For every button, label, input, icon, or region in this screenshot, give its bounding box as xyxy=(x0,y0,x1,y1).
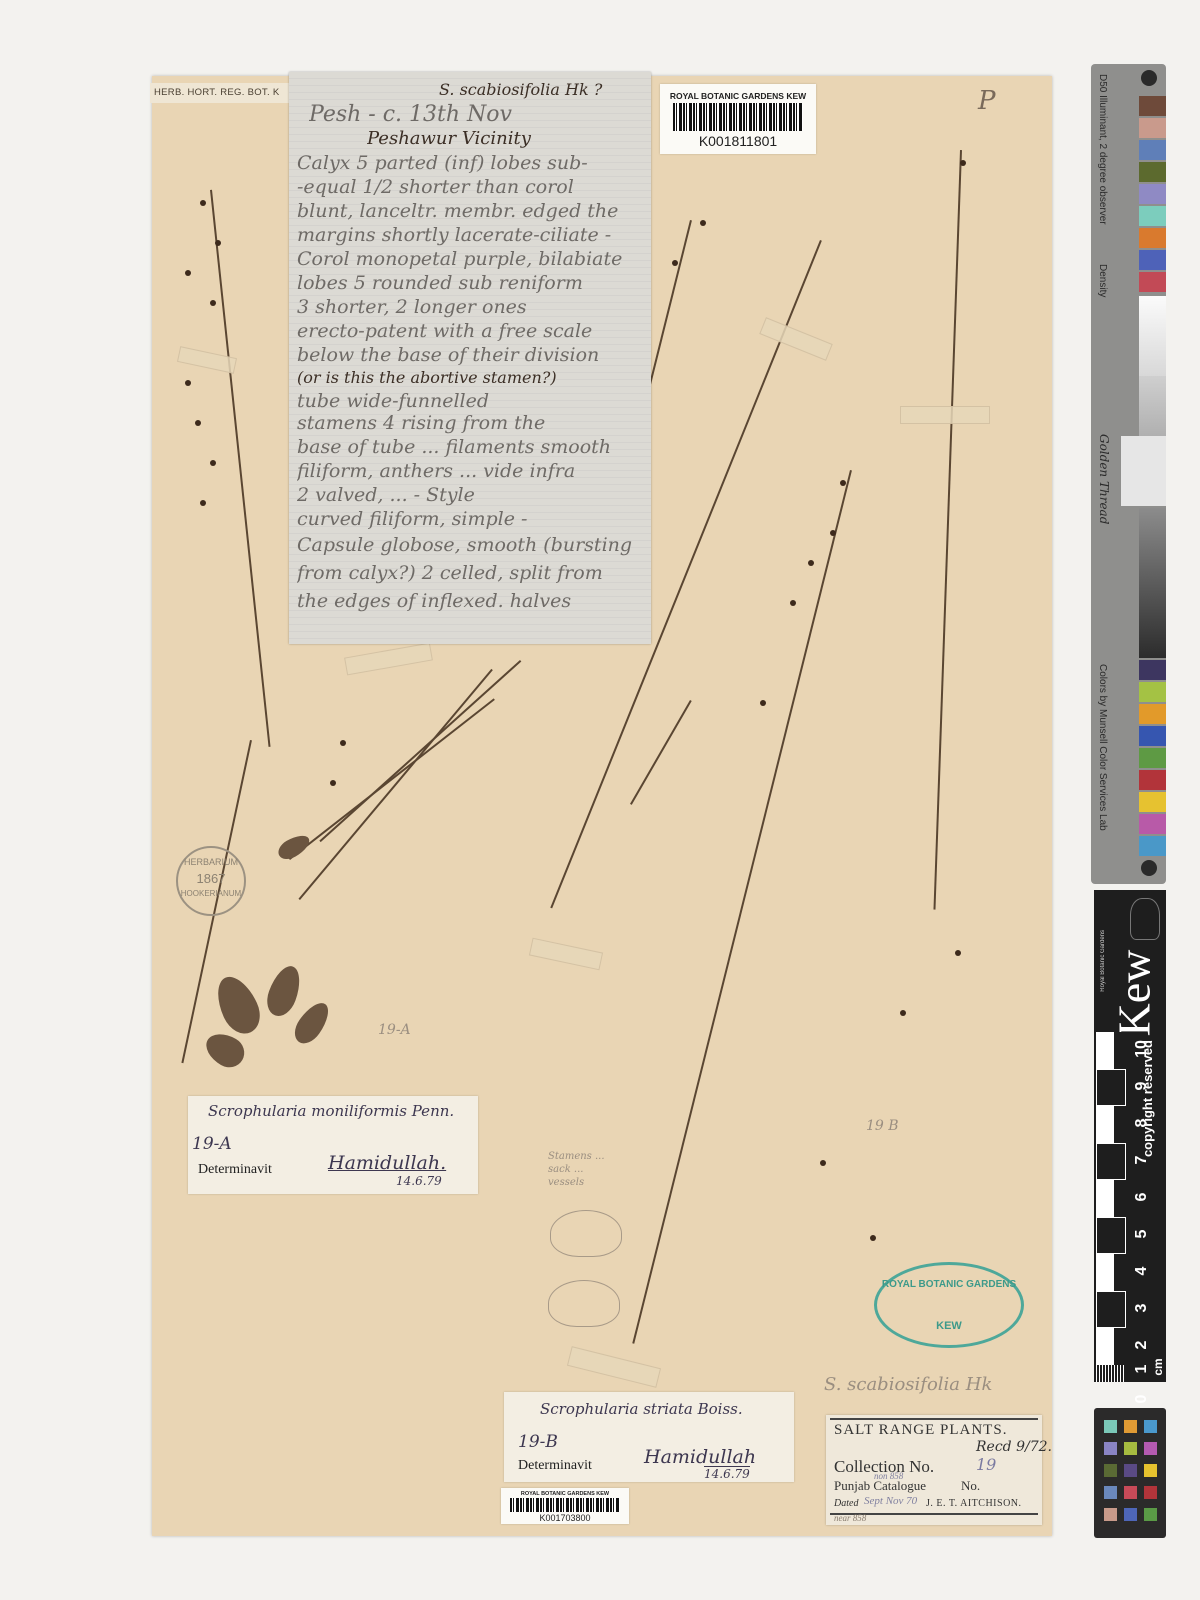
corner-mark: P xyxy=(978,86,996,116)
barcode-number: K001703800 xyxy=(501,1513,629,1523)
note-line: below the base of their division xyxy=(297,344,645,366)
note-line: curved filiform, simple - xyxy=(297,508,645,530)
note-line: 3 shorter, 2 longer ones xyxy=(297,296,645,318)
note-line: base of tube ... filaments smooth xyxy=(297,436,645,458)
pencil-sketch-note: Stamens ... sack ... vessels xyxy=(548,1150,608,1189)
note-line: Capsule globose, smooth (bursting xyxy=(297,534,645,556)
ruler-tick: 3 xyxy=(1133,1298,1151,1318)
ruler-tick: 7 xyxy=(1133,1150,1151,1170)
gray-step-swatch xyxy=(1139,376,1166,436)
kew-cm-ruler: Kew Royal Botanic Gardens copyright rese… xyxy=(1094,890,1166,1382)
ruler-tick: 0 xyxy=(1133,1389,1151,1409)
scale-text: Density xyxy=(1097,264,1108,297)
footer-pencil-note: near 858 xyxy=(834,1513,866,1523)
determination-date: 14.6.79 xyxy=(704,1466,750,1481)
pencil-mark-19a: 19-A xyxy=(378,1022,411,1038)
color-swatch xyxy=(1139,272,1166,292)
mounting-tape xyxy=(900,406,990,424)
determination-label-b: Scrophularia striata Boiss. 19-B Determi… xyxy=(504,1392,794,1482)
color-swatch xyxy=(1139,96,1166,116)
stamp-text-bottom: KEW xyxy=(877,1320,1021,1332)
stamp-text-bottom: HOOKERIANUM xyxy=(178,889,244,898)
note-line: stamens 4 rising from the xyxy=(297,412,645,434)
taxon-name: Scrophularia moniliformis Penn. xyxy=(208,1102,454,1120)
gray-step-swatch xyxy=(1139,508,1166,658)
pencil-mark-19b: 19 B xyxy=(866,1118,899,1134)
barcode-bars xyxy=(673,103,803,131)
specimen-code: 19-B xyxy=(518,1432,558,1452)
collection-title: SALT RANGE PLANTS. xyxy=(834,1422,1007,1439)
note-line: Pesh - c. 13th Nov xyxy=(309,102,645,127)
note-line: blunt, lanceltr. membr. edged the xyxy=(297,200,645,222)
barcode-label-top: ROYAL BOTANIC GARDENS KEW K001811801 xyxy=(660,84,816,154)
note-line: (or is this the abortive stamen?) xyxy=(297,368,645,387)
resolution-target xyxy=(1121,436,1166,506)
note-line: tube wide-funnelled xyxy=(297,390,645,412)
stamp-text-top: HERBARIUM xyxy=(178,857,244,867)
determination-label-a: Scrophularia moniliformis Penn. 19-A Det… xyxy=(188,1096,478,1194)
note-line: from calyx?) 2 celled, split from xyxy=(297,562,645,584)
kew-crest-icon xyxy=(1130,898,1160,940)
color-calibration-scale: D50 Illuminant, 2 degree observer Densit… xyxy=(1091,64,1166,884)
determiner-signature: Hamidullah xyxy=(644,1446,756,1468)
herbarium-strip-label: HERB. HORT. REG. BOT. K xyxy=(150,83,290,103)
determinavit-label: Determinavit xyxy=(518,1458,592,1474)
note-line: -equal 1/2 shorter than corol xyxy=(297,176,645,198)
barcode-label-bottom: ROYAL BOTANIC GARDENS KEW K001703800 xyxy=(501,1488,629,1524)
barcode-org: ROYAL BOTANIC GARDENS KEW xyxy=(501,1491,629,1497)
note-line: lobes 5 rounded sub reniform xyxy=(297,272,645,294)
collector-name: J. E. T. AITCHISON. xyxy=(926,1498,1022,1509)
kew-stamp: ROYAL BOTANIC GARDENS KEW xyxy=(874,1262,1024,1348)
color-swatch xyxy=(1139,770,1166,790)
collection-no-value: 19 xyxy=(976,1455,996,1474)
registration-dot xyxy=(1141,70,1157,86)
color-swatch xyxy=(1139,814,1166,834)
scale-text: D50 Illuminant, 2 degree observer xyxy=(1097,74,1108,225)
scale-text: Golden Thread xyxy=(1097,434,1111,524)
taxon-name: Scrophularia striata Boiss. xyxy=(540,1400,743,1418)
note-line: S. scabiosifolia Hk ? xyxy=(439,80,645,99)
color-patch-card xyxy=(1094,1408,1166,1538)
gray-step-swatch xyxy=(1139,296,1166,376)
ruler-unit: cm xyxy=(1151,1357,1165,1377)
kew-subtitle: Royal Botanic Gardens xyxy=(1100,930,1106,992)
kew-logo: Kew xyxy=(1108,977,1161,1037)
ruler-tick: 8 xyxy=(1133,1113,1151,1133)
pencil-sketch-flower xyxy=(548,1280,620,1327)
barcode-number: K001811801 xyxy=(660,133,816,149)
scale-text: Colors by Munsell Color Services Lab xyxy=(1097,664,1108,831)
color-swatch xyxy=(1139,836,1166,856)
color-swatch xyxy=(1139,660,1166,680)
note-line: the edges of inflexed. halves xyxy=(297,590,645,612)
note-line: filiform, anthers ... vide infra xyxy=(297,460,645,482)
color-swatch xyxy=(1139,748,1166,768)
specimen-code: 19-A xyxy=(192,1134,232,1154)
note-line: Calyx 5 parted (inf) lobes sub- xyxy=(297,152,645,174)
ruler-tick: 1 xyxy=(1133,1359,1151,1379)
color-swatch xyxy=(1139,118,1166,138)
stamp-year: 1867 xyxy=(178,871,244,886)
received-annotation: Recd 9/72. xyxy=(976,1439,1052,1455)
color-swatch xyxy=(1139,792,1166,812)
collection-label: SALT RANGE PLANTS. Recd 9/72. Collection… xyxy=(826,1415,1042,1525)
ruler-tick: 10 xyxy=(1133,1039,1151,1059)
color-swatch xyxy=(1139,140,1166,160)
note-line: 2 valved, ... - Style xyxy=(297,484,645,506)
note-line: Corol monopetal purple, bilabiate xyxy=(297,248,645,270)
color-swatch xyxy=(1139,184,1166,204)
barcode-bars xyxy=(510,1498,620,1512)
determination-date: 14.6.79 xyxy=(396,1174,442,1188)
color-swatch xyxy=(1139,726,1166,746)
note-line: margins shortly lacerate-ciliate - xyxy=(297,224,645,246)
color-swatch xyxy=(1139,682,1166,702)
dated-value: Sept Nov 70 xyxy=(864,1495,917,1507)
handwritten-field-note: S. scabiosifolia Hk ? Pesh - c. 13th Nov… xyxy=(289,72,651,644)
note-line: Peshawur Vicinity xyxy=(367,128,645,149)
ruler-tick: 6 xyxy=(1133,1187,1151,1207)
pencil-sketch-flower xyxy=(550,1210,622,1257)
pencil-note-scabiosifolia: S. scabiosifolia Hk xyxy=(824,1374,992,1395)
herbarium-hookerianum-stamp: HERBARIUM 1867 HOOKERIANUM xyxy=(176,846,246,916)
ruler-tick: 2 xyxy=(1133,1335,1151,1355)
dated-label: Dated xyxy=(834,1498,858,1509)
ruler-tick: 5 xyxy=(1133,1224,1151,1244)
color-swatch xyxy=(1139,250,1166,270)
ruler-tick: 4 xyxy=(1133,1261,1151,1281)
determinavit-label: Determinavit xyxy=(198,1162,272,1178)
color-swatch xyxy=(1139,162,1166,182)
barcode-org: ROYAL BOTANIC GARDENS KEW xyxy=(660,91,816,101)
stamp-text-top: ROYAL BOTANIC GARDENS xyxy=(877,1279,1021,1290)
registration-dot xyxy=(1141,860,1157,876)
note-line: erecto-patent with a free scale xyxy=(297,320,645,342)
catalogue-note: non 858 xyxy=(874,1471,903,1481)
ruler-tick: 9 xyxy=(1133,1076,1151,1096)
color-swatch xyxy=(1139,206,1166,226)
color-swatch xyxy=(1139,228,1166,248)
catalogue-no-label: No. xyxy=(961,1478,980,1494)
color-swatch xyxy=(1139,704,1166,724)
determiner-signature: Hamidullah. xyxy=(328,1152,446,1174)
